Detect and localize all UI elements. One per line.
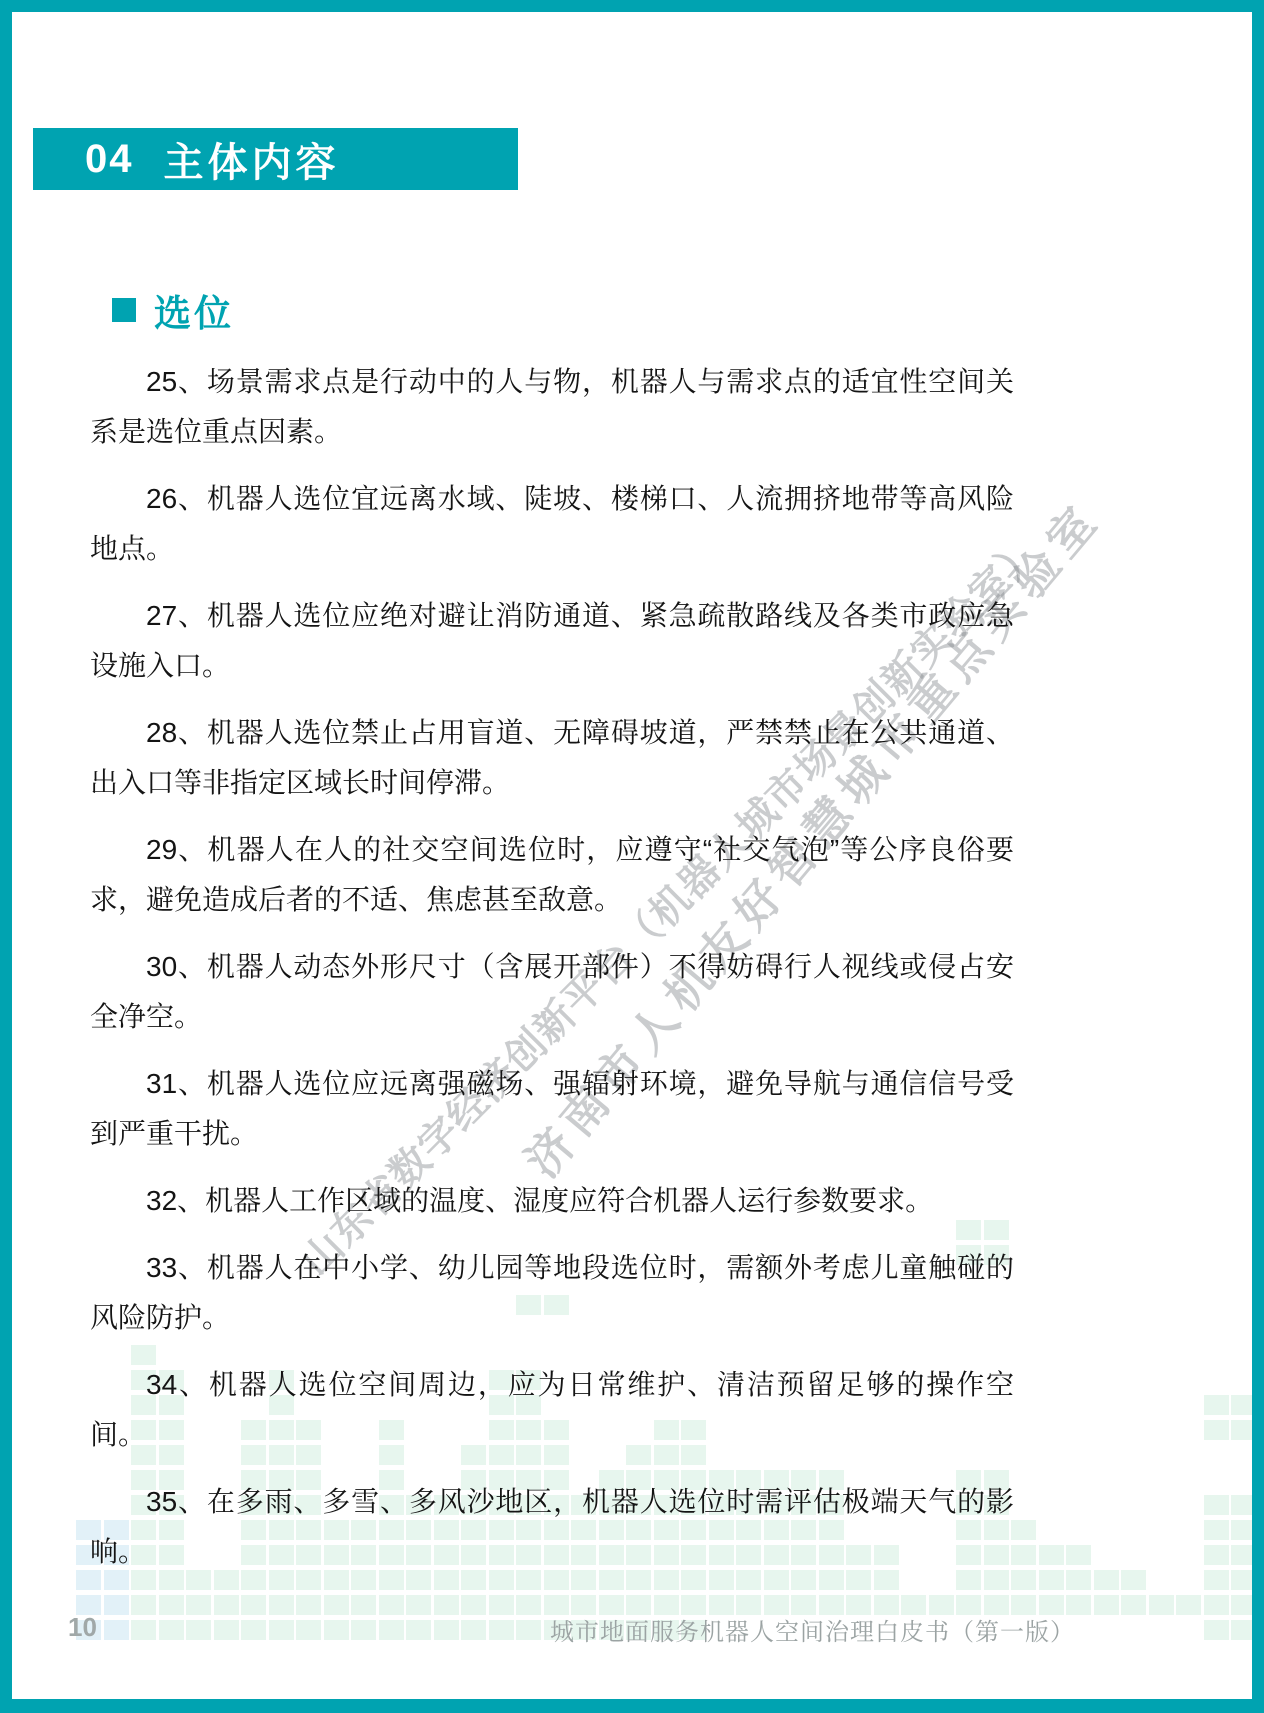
decor-cell xyxy=(351,1595,376,1615)
decor-cell xyxy=(241,1620,266,1640)
decor-cell xyxy=(1204,1495,1229,1515)
decor-cell xyxy=(269,1595,294,1615)
decor-cell xyxy=(1204,1570,1229,1590)
decor-cell xyxy=(1231,1495,1252,1515)
decor-cell xyxy=(1231,1570,1252,1590)
decor-cell xyxy=(296,1595,321,1615)
decor-cell xyxy=(241,1595,266,1615)
decor-cell xyxy=(1231,1545,1252,1565)
decor-cell xyxy=(324,1595,349,1615)
decor-cell xyxy=(1231,1595,1252,1615)
paragraph: 28、机器人选位禁止占用盲道、无障碍坡道，严禁禁止在公共通道、出入口等非指定区域… xyxy=(90,708,1014,808)
decor-cell xyxy=(1176,1595,1201,1615)
body-paragraphs: 25、场景需求点是行动中的人与物，机器人与需求点的适宜性空间关系是选位重点因素。… xyxy=(90,357,1014,1594)
decor-cell xyxy=(1204,1420,1229,1440)
decor-cell xyxy=(269,1620,294,1640)
decor-cell xyxy=(351,1620,376,1640)
decor-cell xyxy=(214,1595,239,1615)
decor-cell xyxy=(1204,1395,1229,1415)
decor-cell xyxy=(516,1620,541,1640)
decor-cell xyxy=(1121,1595,1146,1615)
decor-cell xyxy=(1039,1545,1064,1565)
decor-cell xyxy=(379,1595,404,1615)
paragraph: 34、机器人选位空间周边，应为日常维护、清洁预留足够的操作空间。 xyxy=(90,1360,1014,1460)
paragraph: 33、机器人在中小学、幼儿园等地段选位时，需额外考虑儿童触碰的风险防护。 xyxy=(90,1243,1014,1343)
decor-cell xyxy=(1231,1520,1252,1540)
decor-cell xyxy=(1149,1595,1174,1615)
paragraph: 32、机器人工作区域的温度、湿度应符合机器人运行参数要求。 xyxy=(90,1176,1014,1226)
decor-cell xyxy=(1011,1520,1036,1540)
decor-cell xyxy=(131,1595,156,1615)
decor-cell xyxy=(1204,1520,1229,1540)
decor-cell xyxy=(406,1620,431,1640)
decor-cell xyxy=(516,1595,541,1615)
decor-cell xyxy=(324,1620,349,1640)
decor-cell xyxy=(186,1595,211,1615)
decor-cell xyxy=(434,1620,459,1640)
decor-cell xyxy=(1094,1570,1119,1590)
decor-cell xyxy=(131,1620,156,1640)
paragraph: 27、机器人选位应绝对避让消防通道、紧急疏散路线及各类市政应急设施入口。 xyxy=(90,591,1014,691)
paragraph: 30、机器人动态外形尺寸（含展开部件）不得妨碍行人视线或侵占安全净空。 xyxy=(90,942,1014,1042)
decor-cell xyxy=(434,1595,459,1615)
decor-cell xyxy=(104,1595,129,1615)
decor-cell xyxy=(379,1620,404,1640)
decor-cell xyxy=(296,1620,321,1640)
decor-cell xyxy=(1231,1620,1252,1640)
decor-cell xyxy=(159,1595,184,1615)
decor-cell xyxy=(1204,1595,1229,1615)
decor-cell xyxy=(1011,1570,1036,1590)
paragraph: 25、场景需求点是行动中的人与物，机器人与需求点的适宜性空间关系是选位重点因素。 xyxy=(90,357,1014,457)
decor-cell xyxy=(1231,1395,1252,1415)
decor-cell xyxy=(186,1620,211,1640)
decor-cell xyxy=(1066,1570,1091,1590)
paragraph: 26、机器人选位宜远离水域、陡坡、楼梯口、人流拥挤地带等高风险地点。 xyxy=(90,474,1014,574)
decor-cell xyxy=(1094,1595,1119,1615)
decor-cell xyxy=(1011,1545,1036,1565)
decor-cell xyxy=(461,1620,486,1640)
decor-cell xyxy=(1204,1545,1229,1565)
decor-cell xyxy=(489,1595,514,1615)
decor-cell xyxy=(1121,1570,1146,1590)
decor-cell xyxy=(104,1620,129,1640)
decor-cell xyxy=(1231,1420,1252,1440)
decor-cell xyxy=(489,1620,514,1640)
decor-cell xyxy=(159,1620,184,1640)
decor-cell xyxy=(1204,1620,1229,1640)
footer-doc-title: 城市地面服务机器人空间治理白皮书（第一版） xyxy=(550,1612,1075,1647)
paragraph: 35、在多雨、多雪、多风沙地区，机器人选位时需评估极端天气的影响。 xyxy=(90,1477,1014,1577)
decor-cell xyxy=(406,1595,431,1615)
decor-cell xyxy=(461,1595,486,1615)
decor-cell xyxy=(1066,1545,1091,1565)
page-number: 10 xyxy=(68,1612,97,1643)
paragraph: 31、机器人选位应远离强磁场、强辐射环境，避免导航与通信信号受到严重干扰。 xyxy=(90,1059,1014,1159)
frame-right-bar xyxy=(1252,0,1264,1713)
page: 山东省数字经济创新平台（机器人城市场景创新实验室） 济南市人机友好智慧城市重点实… xyxy=(0,0,1264,1713)
decor-cell xyxy=(214,1620,239,1640)
paragraph: 29、机器人在人的社交空间选位时，应遵守“社交气泡”等公序良俗要求，避免造成后者… xyxy=(90,825,1014,925)
decor-cell xyxy=(1039,1570,1064,1590)
